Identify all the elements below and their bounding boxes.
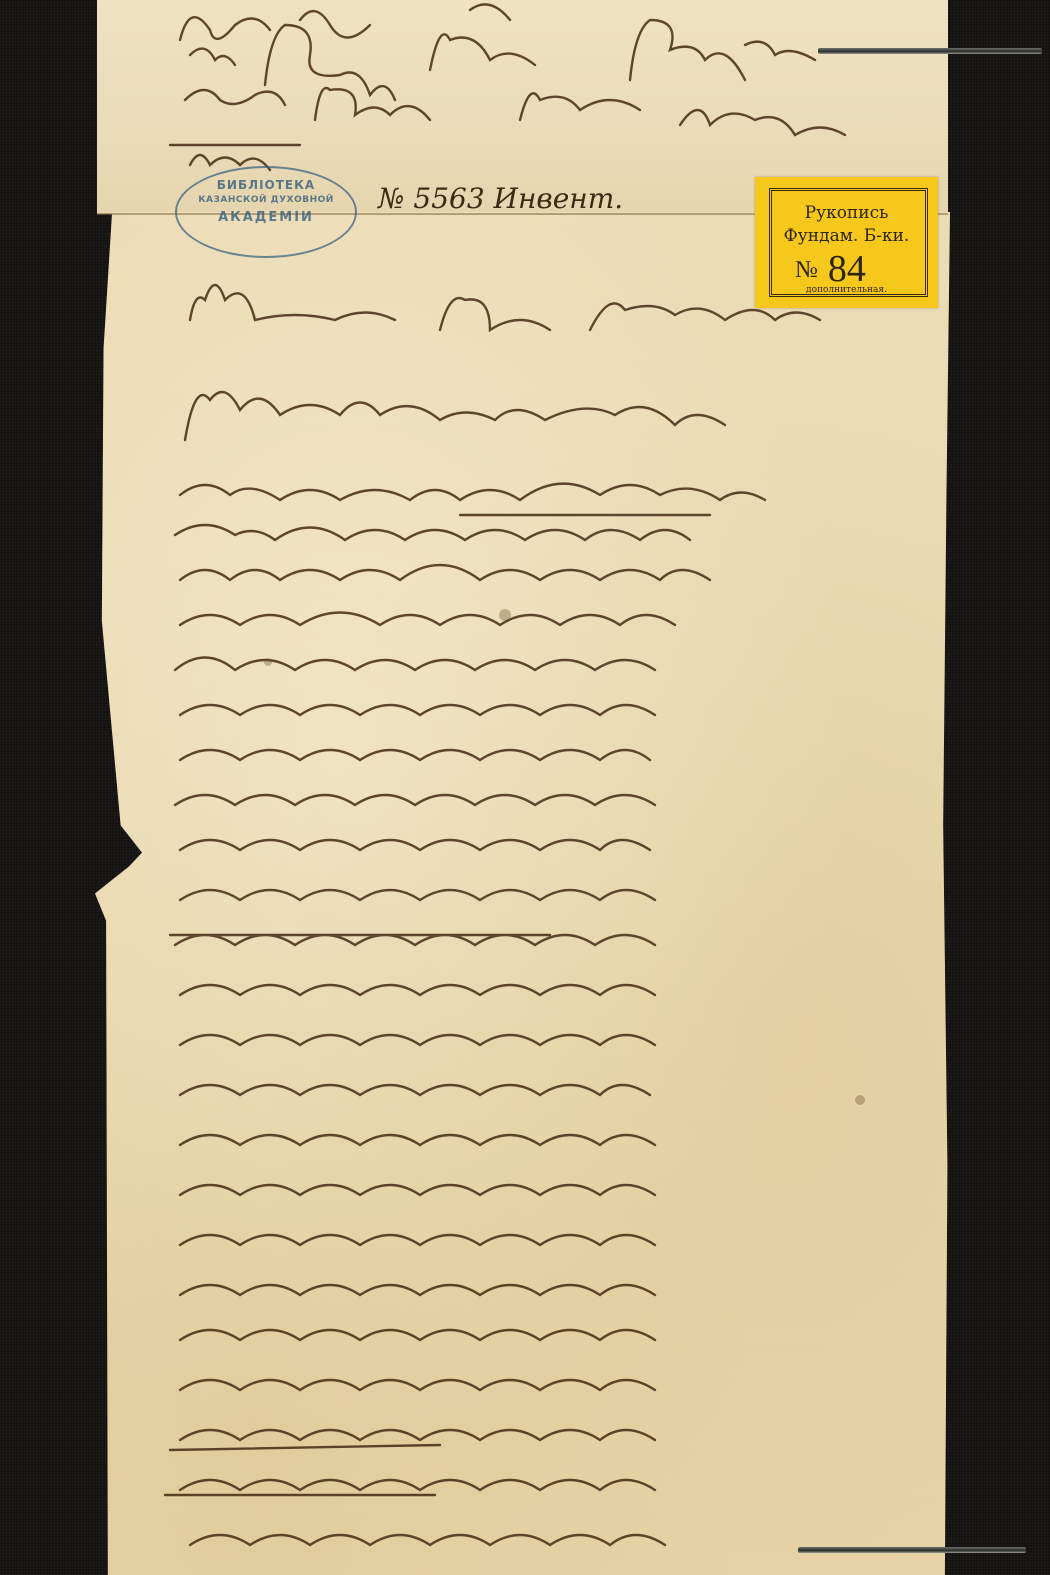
stamp-line-3: АКАДЕМІИ xyxy=(177,210,355,225)
label-line-2: Фундам. Б-ки. xyxy=(755,226,938,246)
manuscript-label: Рукопись Фундам. Б-ки. №84 дополнительна… xyxy=(755,177,938,308)
stamp-line-2: КАЗАНСКОЙ ДУХОВНОЙ xyxy=(177,195,355,205)
mounting-pin-bottom xyxy=(798,1547,1026,1553)
label-number-value: 84 xyxy=(828,248,866,290)
label-line-1: Рукопись xyxy=(755,203,938,223)
label-line-4: дополнительная. xyxy=(755,285,938,295)
number-sign: № xyxy=(795,257,818,283)
inventory-number: № 5563 Инвент. xyxy=(378,182,623,215)
stamp-line-1: БИБЛІОТЕКА xyxy=(177,178,355,192)
library-stamp: БИБЛІОТЕКА КАЗАНСКОЙ ДУХОВНОЙ АКАДЕМІИ xyxy=(175,166,357,258)
mounting-pin-top xyxy=(818,48,1042,54)
